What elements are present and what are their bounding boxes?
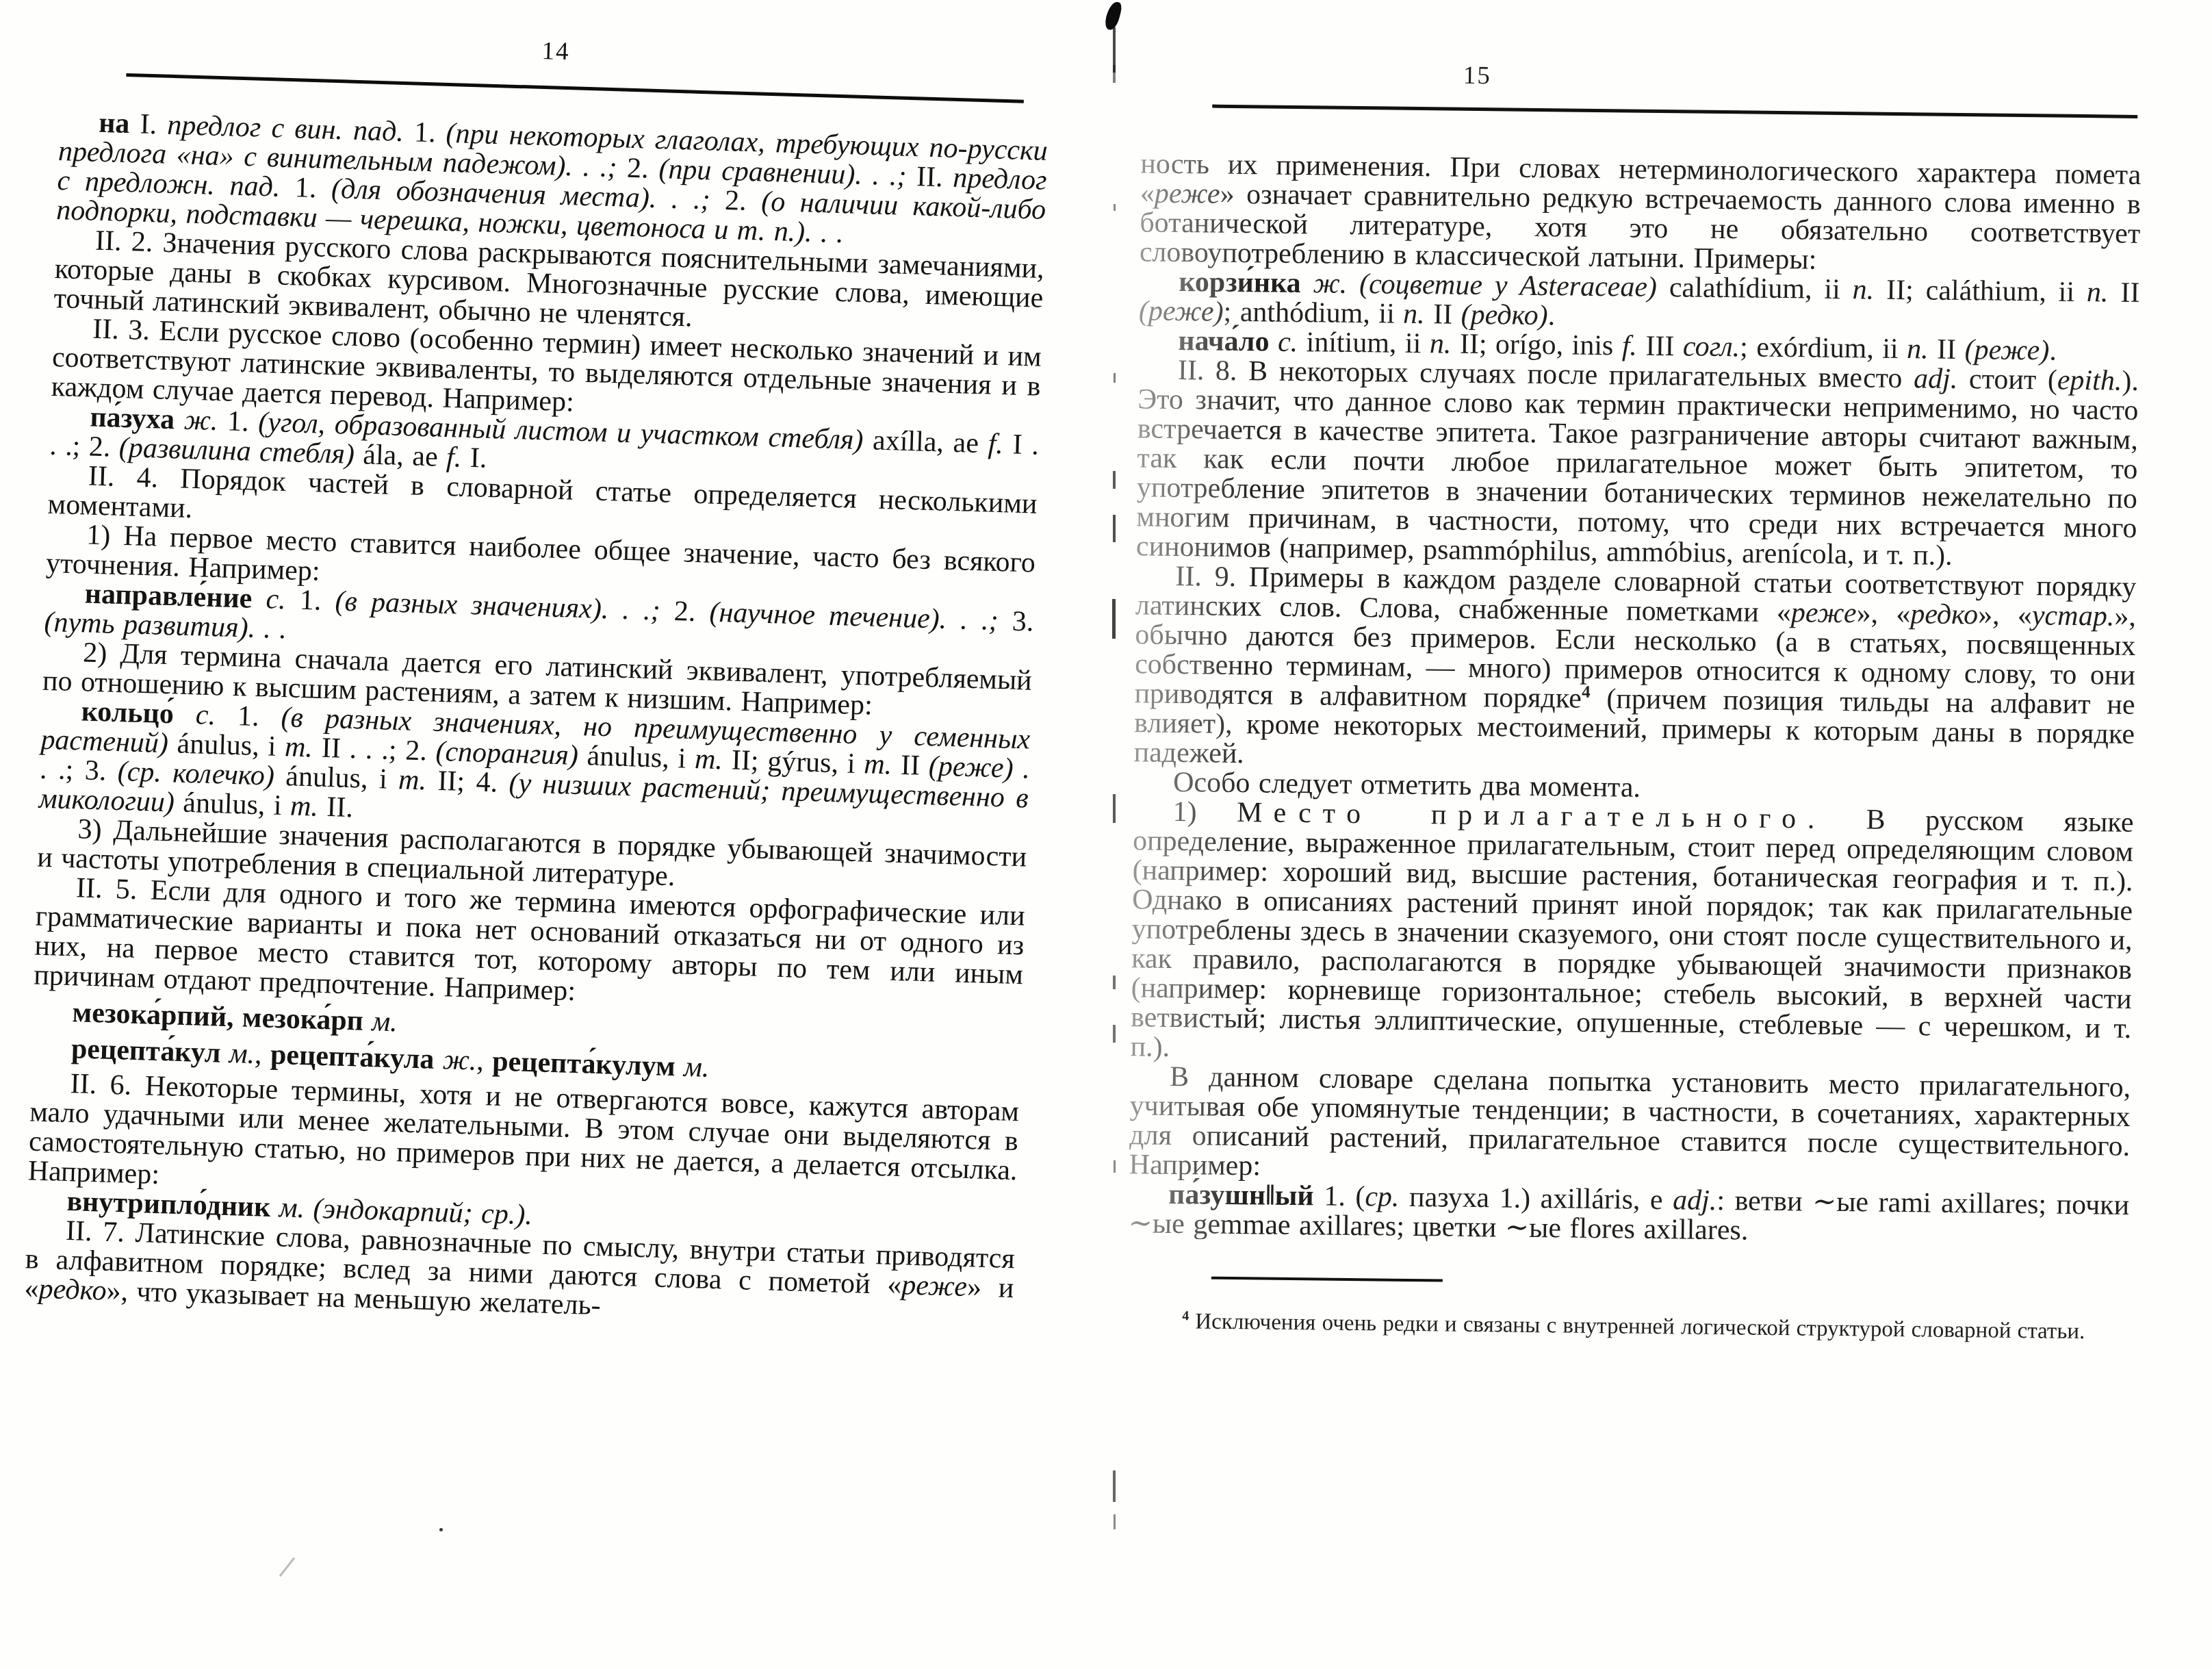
- footnote-rule: [1211, 1277, 1443, 1282]
- book-spread-scan: 14 на I. предлог с вин. пад. 1. (при нек…: [0, 0, 2212, 1669]
- fold-mark: [1114, 204, 1116, 211]
- fold-mark: [1113, 1470, 1116, 1502]
- fold-mark: [1113, 976, 1116, 989]
- fold-mark: [1114, 373, 1116, 383]
- paragraph: II. 9. Примеры в каждом разделе словарно…: [1133, 561, 2136, 779]
- paragraph: 1) Место прилагательного. В русском язык…: [1130, 797, 2133, 1073]
- page-header-left: 14: [61, 22, 1051, 91]
- scratch-mark: [279, 1557, 295, 1577]
- page-14-text: на I. предлог с вин. пад. 1. (при некото…: [24, 107, 1048, 1333]
- paragraph: В данном словаре сделана попытка установ…: [1129, 1062, 2131, 1191]
- fold-mark: [1114, 1514, 1116, 1529]
- fold-mark: [1113, 515, 1116, 542]
- page-number-right: 15: [1463, 62, 1491, 90]
- page-header-right: 15: [1141, 57, 2142, 108]
- speck-mark: [439, 1528, 443, 1531]
- fold-mark: [1114, 1160, 1116, 1173]
- paragraph: па́зушн‖ый 1. (ср. пазуха 1.) axilláris,…: [1129, 1180, 2130, 1250]
- fold-mark: [1113, 1025, 1116, 1043]
- fold-mark: [1112, 599, 1116, 639]
- page-15-text: ность их применения. При словах нетермин…: [1129, 149, 2142, 1249]
- page-number-left: 14: [541, 37, 570, 66]
- paragraph: II. 8. В некоторых случаях после прилага…: [1136, 355, 2139, 573]
- paragraph: ность их применения. При словах нетермин…: [1140, 149, 2142, 279]
- footnote: 4 Исключения очень редки и связаны с вну…: [1127, 1307, 2128, 1347]
- fold-mark: [1113, 65, 1116, 83]
- page-14: 14 на I. предлог с вин. пад. 1. (при нек…: [24, 22, 1051, 1333]
- paragraph: 4 Исключения очень редки и связаны с вну…: [1127, 1307, 2128, 1347]
- fold-mark: [1113, 794, 1116, 823]
- page-15: 15 ность их применения. При словах нетер…: [1127, 57, 2142, 1346]
- ink-blob-mark: [1103, 0, 1123, 31]
- fold-mark: [1113, 471, 1116, 489]
